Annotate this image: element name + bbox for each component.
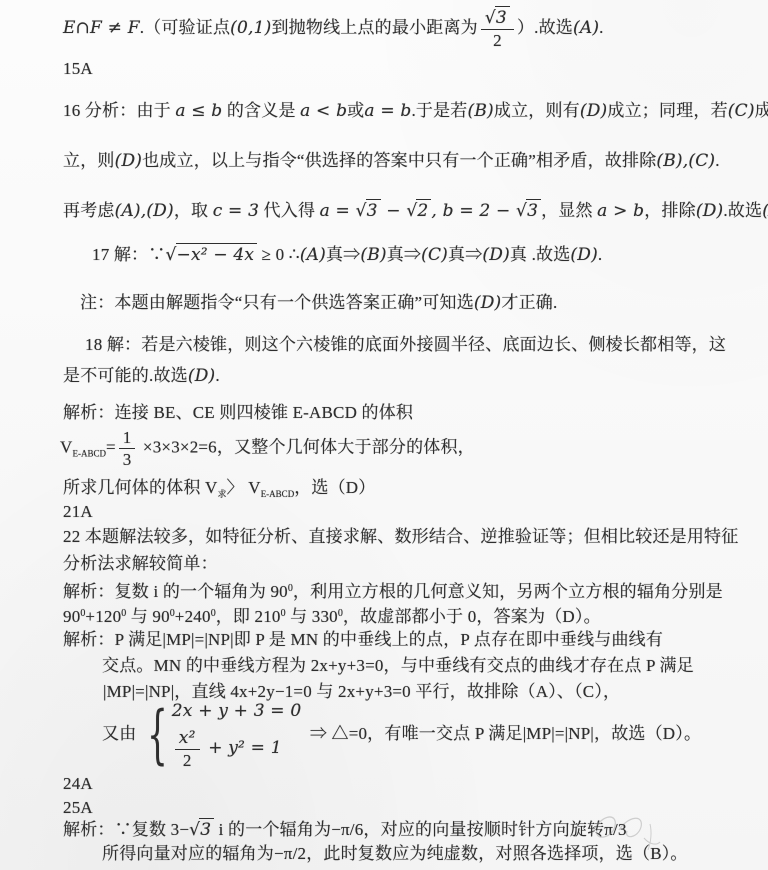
text-run: 3	[123, 450, 132, 469]
sqrt-expression: √3	[516, 201, 541, 220]
text-run: ，利用立方根的几何意义知，另两个立方根的辐角分别是	[293, 582, 723, 601]
answer-25: 25A	[63, 797, 93, 819]
radicand: 2	[416, 199, 431, 221]
fraction: √32	[481, 8, 514, 50]
text-run: 与 330	[286, 607, 338, 626]
note-line: 注：本题由解题指令“只有一个供选答案正确”可知选(D)才正确.	[80, 292, 557, 314]
denominator: 3	[119, 449, 136, 469]
subscript: E-ABCD	[72, 448, 106, 458]
math-run: (D)	[474, 293, 502, 313]
text-run: 解析：∵复数 3−	[63, 820, 189, 839]
fraction: x²2	[175, 728, 200, 770]
math-run: (D)	[570, 245, 598, 265]
radicand: −x² − 4x	[176, 243, 258, 265]
math-run: (A)	[300, 245, 326, 265]
text-run: 成立，则有	[494, 101, 580, 120]
text-run: 是不可能的.故选	[63, 366, 188, 385]
text-run: 成立；同理，若	[607, 101, 727, 120]
denominator: 2	[481, 30, 514, 50]
para-22-line-2: 分析法求解较简单：	[63, 553, 218, 575]
fraction: 13	[119, 428, 136, 469]
para-16-line-2: 立，则(D)也成立，以上与指令“供选择的答案中只有一个正确”相矛盾，故排除(B)…	[63, 150, 720, 172]
radicand: 3	[366, 199, 381, 221]
math-run: −	[381, 201, 407, 221]
para-18-line-1: 18 解：若是六棱锥，则这个六棱锥的底面外接圆半径、底面边长、侧棱长都相等，这	[85, 334, 726, 356]
text-run: 90	[63, 607, 80, 626]
math-run: + y² = 1	[203, 738, 282, 758]
radical-sign: √	[356, 201, 367, 221]
text-run: 所求几何体的体积 V	[63, 478, 218, 497]
text-run: 22 本题解法较多，如特征分析、直接求解、数形结合、逆推验证等；但相比较还是用特…	[63, 527, 738, 546]
text-run: 立，则	[63, 151, 115, 170]
text-run: 真⇒	[326, 245, 360, 264]
text-run: 2	[493, 31, 502, 50]
text-run: |MP|=|NP|，直线 4x+2y−1=0 与 2x+y+3=0 平行，故排除…	[103, 682, 620, 701]
denominator: 2	[175, 750, 200, 770]
para-18-line-2: 是不可能的.故选(D).	[63, 365, 220, 387]
volume-compare-line: 所求几何体的体积 V求〉 VE-ABCD，选（D）	[63, 477, 375, 505]
text-run: ）.故选	[517, 18, 573, 37]
para-17: 17 解：∵√−x² − 4x ≥ 0 ∴(A)真⇒(B)真⇒(C)真⇒(D)真…	[92, 244, 602, 266]
math-run: (B),(C)	[656, 151, 715, 171]
math-run: a > b	[597, 201, 644, 221]
math-run: , b = 2 −	[431, 201, 516, 221]
text-run: 成	[755, 101, 768, 120]
text-run: 与 90	[126, 607, 170, 626]
text-run: ，显然	[541, 201, 597, 220]
math-run: a = b	[364, 101, 411, 121]
text-run: 真⇒	[448, 245, 482, 264]
math-run: (C)	[421, 245, 448, 265]
text-run: ，即 210	[216, 607, 281, 626]
math-run: a ≤ b	[175, 101, 222, 121]
math-run: a < b	[300, 101, 347, 121]
text-run: 2	[183, 751, 192, 770]
equation-system-line: 又由 {2x + y + 3 = 0x²2 + y² = 1 ⇒ △=0，有唯一…	[102, 700, 701, 770]
numerator: √3	[481, 8, 514, 30]
system-row: 2x + y + 3 = 0	[172, 700, 302, 722]
text-run: .	[215, 366, 219, 385]
text-run: 18 解：若是六棱锥，则这个六棱锥的底面外接圆半径、底面边长、侧棱长都相等，这	[85, 335, 726, 354]
jiexi-cube-roots-line-2: 900+1200 与 900+2400，即 2100 与 3300，故虚部都小于…	[63, 603, 601, 628]
text-run: 真 .故选	[510, 245, 571, 264]
radicand: 3	[526, 199, 541, 221]
text-run: ×3×3×2=6，又整个几何体大于部分的体积，	[138, 437, 474, 456]
text-run: 的含义是	[222, 101, 300, 120]
answer-21: 21A	[63, 501, 93, 523]
text-run: 代入得	[259, 201, 320, 220]
text-run: 再考虑	[63, 201, 115, 220]
text-run: ≥ 0 ∴	[257, 245, 300, 264]
text-run: .故选	[723, 201, 762, 220]
text-run: 16 分析：由于	[63, 101, 175, 120]
math-run: (D)	[580, 101, 608, 121]
jiexi-perpendicular-line-2: 交点。MN 的中垂线方程为 2x+y+3=0，与中垂线有交点的曲线才存在点 P …	[102, 655, 694, 677]
sqrt-expression: √2	[406, 201, 431, 220]
para-22-line-1: 22 本题解法较多，如特征分析、直接求解、数形结合、逆推验证等；但相比较还是用特…	[63, 526, 738, 548]
math-run: (A),(D)	[115, 201, 174, 221]
text-run: 交点。MN 的中垂线方程为 2x+y+3=0，与中垂线有交点的曲线才存在点 P …	[102, 656, 694, 675]
sqrt-expression: √3	[189, 820, 214, 839]
math-run: (D)	[482, 245, 510, 265]
text-run: .	[598, 245, 602, 264]
text-run: 分析法求解较简单：	[63, 554, 218, 573]
text-run: 或	[347, 101, 364, 120]
text-run: ，选（D）	[294, 478, 375, 497]
text-run: 1	[123, 428, 132, 447]
math-run: x²	[179, 728, 196, 748]
answer-15: 15A	[63, 58, 93, 80]
text-run: ⇒ △=0，有唯一交点 P 满足|MP|=|NP|，故选（D）。	[305, 724, 701, 743]
jiexi-rotation-line-1: 解析：∵复数 3−√3 i 的一个辐角为−π/6，对应的向量按顺时针方向旋转π/…	[63, 819, 627, 841]
text-run: .于是若	[411, 101, 467, 120]
system-rows: 2x + y + 3 = 0x²2 + y² = 1	[172, 700, 302, 770]
text-run: 〉 V	[227, 478, 261, 497]
sqrt-expression: √−x² − 4x	[165, 245, 257, 264]
numerator: 1	[119, 428, 136, 449]
text-run: =	[106, 437, 116, 456]
jiexi-perpendicular-line-1: 解析：P 满足|MP|=|NP|即 P 是 MN 的中垂线上的点，P 点存在即中…	[63, 629, 663, 651]
text-run: 也成立，以上与指令“供选择的答案中只有一个正确”相矛盾，故排除	[142, 151, 656, 170]
text-run: 解析：复数 i 的一个辐角为 90	[63, 582, 288, 601]
text-run: ，故虚部都小于 0，答案为（D）。	[343, 607, 601, 626]
text-run: .	[715, 151, 719, 170]
para-16-line-3: 再考虑(A),(D)，取 c = 3 代入得 a = √3 − √2, b = …	[63, 200, 768, 222]
jiexi-volume-intro: 解析：连接 BE、CE 则四棱锥 E-ABCD 的体积	[63, 402, 413, 424]
equation-system: {2x + y + 3 = 0x²2 + y² = 1	[145, 700, 302, 770]
text-run: 又由	[102, 724, 141, 743]
text-run: ，排除	[644, 201, 696, 220]
math-run: 2x + y + 3 = 0	[172, 701, 302, 721]
math-run: (B)	[468, 101, 494, 121]
text-run: .	[599, 18, 603, 37]
numerator: x²	[175, 728, 200, 750]
math-run: (A)	[762, 201, 768, 221]
math-run: (A)	[573, 18, 599, 38]
text-run: 21A	[63, 502, 93, 521]
answer-24: 24A	[63, 773, 93, 795]
text-run: i 的一个辐角为−π/6，对应的向量按顺时针方向旋转π/3	[214, 820, 626, 839]
text-run: 25A	[63, 798, 93, 817]
sqrt-expression: √3	[485, 8, 510, 27]
text-run: 真⇒	[387, 245, 421, 264]
math-run: (C)	[728, 101, 755, 121]
text-run: 解析：P 满足|MP|=|NP|即 P 是 MN 的中垂线上的点，P 点存在即中…	[63, 630, 663, 649]
text-run: 17 解：∵	[92, 245, 165, 264]
text-run: 15A	[63, 59, 93, 78]
text-run: +240	[175, 607, 211, 626]
math-run: (D)	[696, 201, 724, 221]
math-run: (B)	[360, 245, 386, 265]
system-brace: {	[147, 703, 167, 767]
radical-sign: √	[165, 245, 176, 265]
math-run: (0,1)	[230, 18, 271, 38]
text-run: V	[60, 437, 72, 456]
radicand: 3	[199, 818, 214, 840]
volume-formula-line: VE-ABCD=13 ×3×3×2=6，又整个几何体大于部分的体积，	[60, 428, 475, 469]
radicand: 3	[495, 6, 510, 28]
jiexi-cube-roots-line-1: 解析：复数 i 的一个辐角为 900，利用立方根的几何意义知，另两个立方根的辐角…	[63, 578, 723, 603]
sqrt-expression: √3	[356, 201, 381, 220]
text-run: ，取	[174, 201, 213, 220]
subscript: E-ABCD	[261, 489, 295, 499]
math-run: (D)	[188, 366, 216, 386]
para-16-line-1: 16 分析：由于 a ≤ b 的含义是 a < b或a = b.于是若(B)成立…	[63, 100, 768, 122]
math-run: E∩F ≠ F	[63, 18, 140, 38]
text-run: 才正确.	[501, 293, 557, 312]
solution-line-e-cap-f: E∩F ≠ F.（可验证点(0,1)到抛物线上点的最小距离为√32）.故选(A)…	[63, 8, 604, 50]
text-run: 24A	[63, 774, 93, 793]
subscript: 求	[218, 489, 227, 499]
text-run: 解析：连接 BE、CE 则四棱锥 E-ABCD 的体积	[63, 403, 413, 422]
math-run: (D)	[115, 151, 143, 171]
text-run: .（可验证点	[140, 18, 230, 37]
math-run: c = 3	[213, 201, 259, 221]
document-page: E∩F ≠ F.（可验证点(0,1)到抛物线上点的最小距离为√32）.故选(A)…	[0, 0, 768, 870]
text-run: +120	[85, 607, 121, 626]
math-run: a =	[320, 201, 356, 221]
text-run: 到抛物线上点的最小距离为	[271, 18, 477, 37]
watermark	[586, 804, 668, 862]
system-row: x²2 + y² = 1	[172, 728, 282, 770]
text-run: 注：本题由解题指令“只有一个供选答案正确”可知选	[80, 293, 474, 312]
